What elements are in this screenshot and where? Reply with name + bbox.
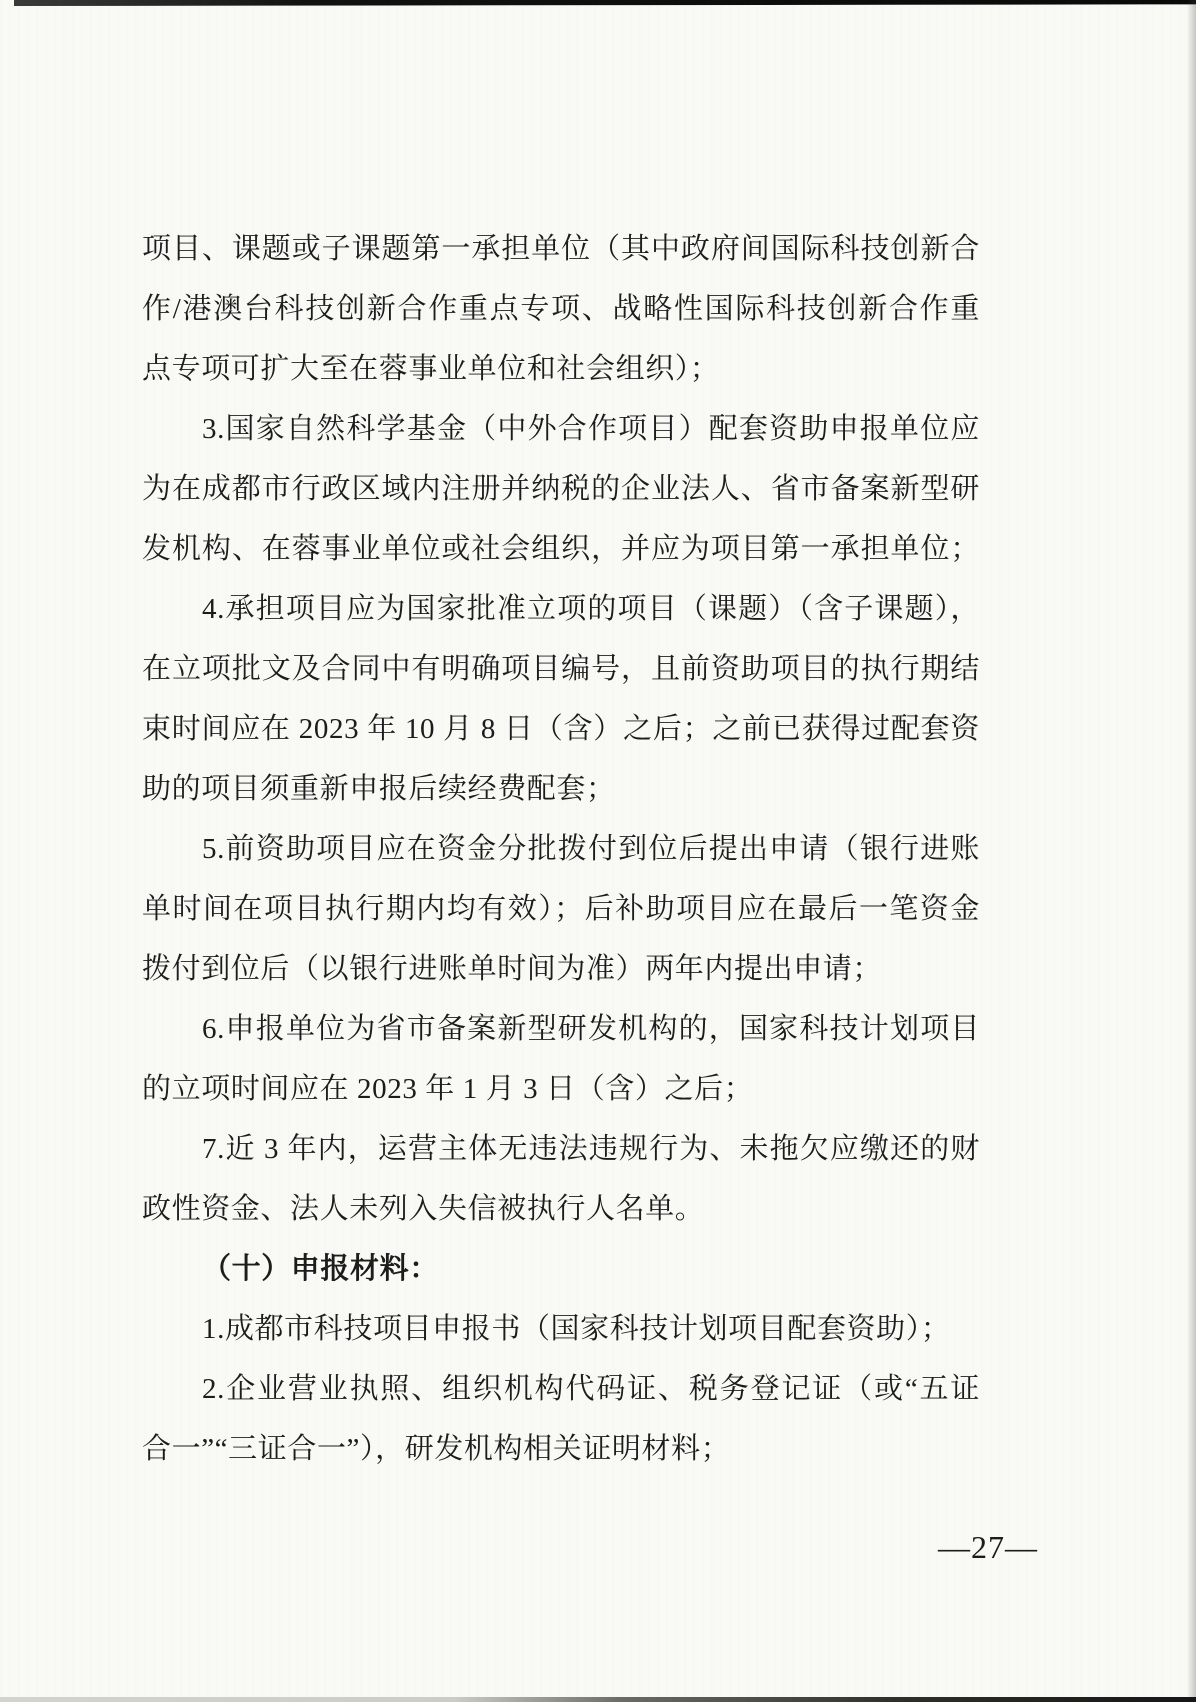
text-line: 为在成都市行政区域内注册并纳税的企业法人、省市备案新型研: [142, 459, 980, 519]
text-line: 作/港澳台科技创新合作重点专项、战略性国际科技创新合作重: [142, 279, 980, 339]
text-line: （十）申报材料：: [142, 1239, 980, 1299]
text-line: 6.申报单位为省市备案新型研发机构的，国家科技计划项目: [142, 999, 980, 1059]
text-line: 政性资金、法人未列入失信被执行人名单。: [142, 1179, 980, 1239]
text-line: 的立项时间应在 2023 年 1 月 3 日（含）之后；: [142, 1059, 980, 1119]
text-line: 5.前资助项目应在资金分批拨付到位后提出申请（银行进账: [142, 819, 980, 879]
text-line: 助的项目须重新申报后续经费配套；: [142, 759, 980, 819]
scanned-document-page: 项目、课题或子课题第一承担单位（其中政府间国际科技创新合作/港澳台科技创新合作重…: [0, 0, 1196, 1702]
text-line: 4.承担项目应为国家批准立项的项目（课题）（含子课题），: [142, 579, 980, 639]
scan-artifact-top-edge: [14, 0, 1196, 6]
text-line: 单时间在项目执行期内均有效）；后补助项目应在最后一笔资金: [142, 879, 980, 939]
scan-artifact-bottom-edge: [0, 1697, 1196, 1702]
text-line: 3.国家自然科学基金（中外合作项目）配套资助申报单位应: [142, 399, 980, 459]
text-line: 项目、课题或子课题第一承担单位（其中政府间国际科技创新合: [142, 219, 980, 279]
text-line: 7.近 3 年内，运营主体无违法违规行为、未拖欠应缴还的财: [142, 1119, 980, 1179]
text-line: 合一”“三证合一”），研发机构相关证明材料；: [142, 1419, 980, 1479]
text-line: 发机构、在蓉事业单位或社会组织，并应为项目第一承担单位；: [142, 519, 980, 579]
scan-artifact-right-edge: [1187, 0, 1196, 1702]
text-line: 束时间应在 2023 年 10 月 8 日（含）之后；之前已获得过配套资: [142, 699, 980, 759]
text-line: 1.成都市科技项目申报书（国家科技计划项目配套资助）；: [142, 1299, 980, 1359]
text-line: 2.企业营业执照、组织机构代码证、税务登记证（或“五证: [142, 1359, 980, 1419]
document-body-text: 项目、课题或子课题第一承担单位（其中政府间国际科技创新合作/港澳台科技创新合作重…: [142, 219, 980, 1479]
page-number: —27—: [938, 1527, 1038, 1567]
text-line: 点专项可扩大至在蓉事业单位和社会组织）；: [142, 339, 980, 399]
text-line: 在立项批文及合同中有明确项目编号，且前资助项目的执行期结: [142, 639, 980, 699]
text-line: 拨付到位后（以银行进账单时间为准）两年内提出申请；: [142, 939, 980, 999]
